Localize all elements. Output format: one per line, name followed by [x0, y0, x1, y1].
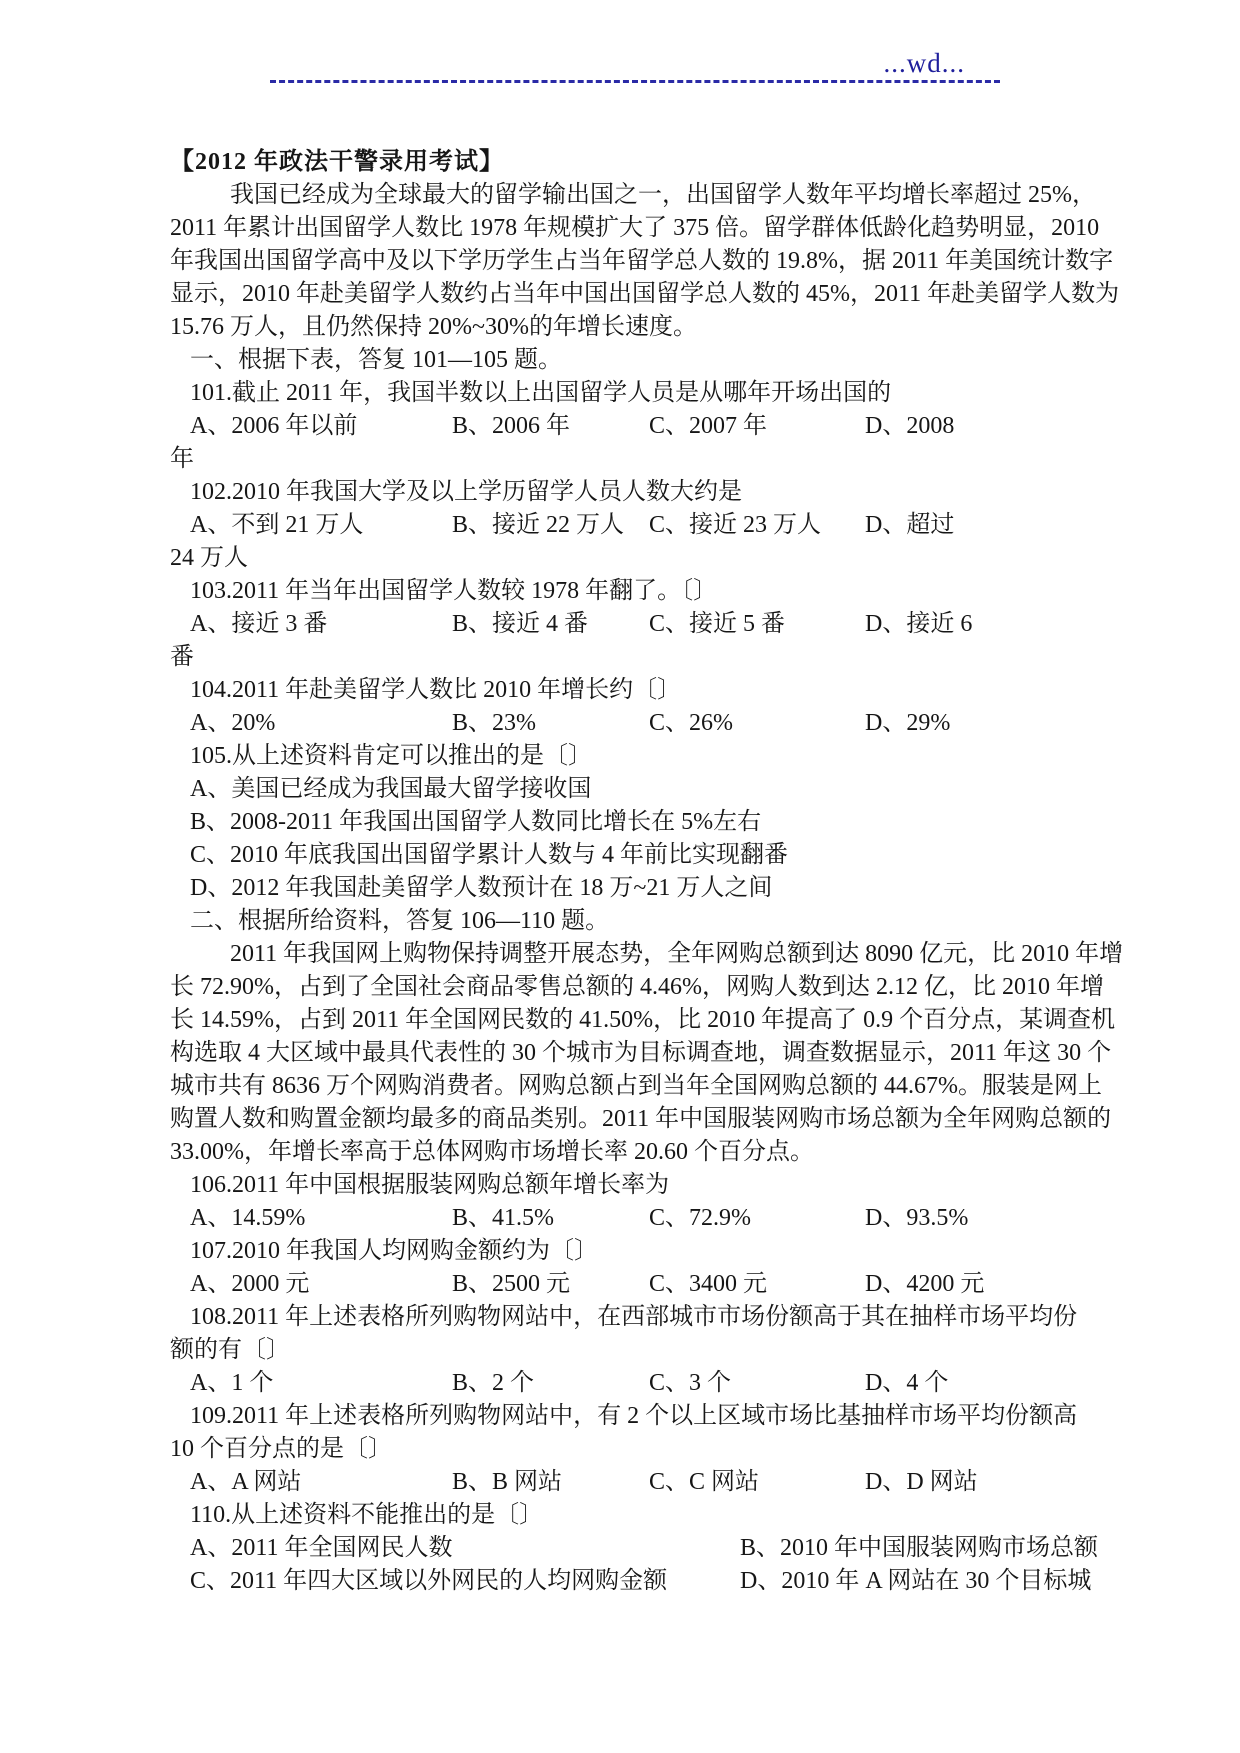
para1-line1: 我国已经成为全球最大的留学输出国之一，出国留学人数年平均增长率超过 25%， [170, 179, 1076, 212]
options-108-col-1: B、2 个 [452, 1367, 649, 1400]
options-103: A、接近 3 番B、接近 4 番C、接近 5 番D、接近 6 [170, 608, 1076, 641]
options-107-col-2: C、3400 元 [649, 1268, 865, 1301]
options-107: A、2000 元B、2500 元C、3400 元D、4200 元 [170, 1268, 1076, 1301]
options-110-cd-col-0: C、2011 年四大区域以外网民的人均网购金额 [190, 1565, 740, 1598]
options-106-col-2: C、72.9% [649, 1202, 865, 1235]
options-101-col-3: D、2008 [865, 410, 1076, 443]
options-110-ab-col-0: A、2011 年全国网民人数 [190, 1532, 740, 1565]
question-101: 101.截止 2011 年，我国半数以上出国留学人员是从哪年开场出国的 [170, 377, 1076, 410]
options-103-continuation: 番 [170, 641, 1076, 674]
options-108-col-2: C、3 个 [649, 1367, 865, 1400]
options-102-col-3: D、超过 [865, 509, 1076, 542]
options-110-cd: C、2011 年四大区域以外网民的人均网购金额D、2010 年 A 网站在 30… [170, 1565, 1076, 1598]
option-105-d: D、2012 年我国赴美留学人数预计在 18 万~21 万人之间 [170, 872, 1076, 905]
para1-line3: 年我国出国留学高中及以下学历学生占当年留学总人数的 19.8%，据 2011 年… [170, 245, 1076, 278]
options-109: A、A 网站B、B 网站C、C 网站D、D 网站 [170, 1466, 1076, 1499]
para2-line7: 33.00%，年增长率高于总体网购市场增长率 20.60 个百分点。 [170, 1136, 1076, 1169]
options-103-col-1: B、接近 4 番 [452, 608, 649, 641]
para2-line5: 城市共有 8636 万个网购消费者。网购总额占到当年全国网购总额的 44.67%… [170, 1070, 1076, 1103]
options-101-col-1: B、2006 年 [452, 410, 649, 443]
options-102-continuation: 24 万人 [170, 542, 1076, 575]
question-104: 104.2011 年赴美留学人数比 2010 年增长约〔〕 [170, 674, 1076, 707]
options-109-col-2: C、C 网站 [649, 1466, 865, 1499]
para2-line4: 构选取 4 大区域中最具代表性的 30 个城市为目标调查地，调查数据显示，201… [170, 1037, 1076, 1070]
options-102-col-2: C、接近 23 万人 [649, 509, 865, 542]
question-109: 109.2011 年上述表格所列购物网站中，有 2 个以上区域市场比基抽样市场平… [170, 1400, 1076, 1433]
options-109-col-1: B、B 网站 [452, 1466, 649, 1499]
options-104-col-3: D、29% [865, 707, 1076, 740]
question-109-continuation: 10 个百分点的是〔〕 [170, 1433, 1076, 1466]
question-108-continuation: 额的有〔〕 [170, 1334, 1076, 1367]
question-102: 102.2010 年我国大学及以上学历留学人员人数大约是 [170, 476, 1076, 509]
options-110-ab: A、2011 年全国网民人数B、2010 年中国服装网购市场总额 [170, 1532, 1076, 1565]
options-110-ab-col-1: B、2010 年中国服装网购市场总额 [740, 1532, 1098, 1565]
para1-line2: 2011 年累计出国留学人数比 1978 年规模扩大了 375 倍。留学群体低龄… [170, 212, 1076, 245]
options-103-col-3: D、接近 6 [865, 608, 1076, 641]
para2-line3: 长 14.59%，占到 2011 年全国网民数的 41.50%，比 2010 年… [170, 1004, 1076, 1037]
options-103-col-0: A、接近 3 番 [190, 608, 452, 641]
options-107-col-3: D、4200 元 [865, 1268, 1076, 1301]
options-102: A、不到 21 万人B、接近 22 万人C、接近 23 万人D、超过 [170, 509, 1076, 542]
options-110-cd-col-1: D、2010 年 A 网站在 30 个目标城 [740, 1565, 1091, 1598]
para2-line2: 长 72.90%，占到了全国社会商品零售总额的 4.46%，网购人数到达 2.1… [170, 971, 1076, 1004]
options-108-col-0: A、1 个 [190, 1367, 452, 1400]
document-page: ...wd... 【2012 年政法干警录用考试】我国已经成为全球最大的留学输出… [0, 0, 1240, 1753]
options-103-col-2: C、接近 5 番 [649, 608, 865, 641]
options-108-col-3: D、4 个 [865, 1367, 1076, 1400]
question-110: 110.从上述资料不能推出的是〔〕 [170, 1499, 1076, 1532]
options-106-col-1: B、41.5% [452, 1202, 649, 1235]
options-109-col-3: D、D 网站 [865, 1466, 1076, 1499]
question-107: 107.2010 年我国人均网购金额约为〔〕 [170, 1235, 1076, 1268]
option-105-a: A、美国已经成为我国最大留学接收国 [170, 773, 1076, 806]
options-101-continuation: 年 [170, 443, 1076, 476]
options-108: A、1 个B、2 个C、3 个D、4 个 [170, 1367, 1076, 1400]
options-101: A、2006 年以前B、2006 年C、2007 年D、2008 [170, 410, 1076, 443]
question-108: 108.2011 年上述表格所列购物网站中，在西部城市市场份额高于其在抽样市场平… [170, 1301, 1076, 1334]
question-103: 103.2011 年当年出国留学人数较 1978 年翻了。〔〕 [170, 575, 1076, 608]
document-body: 【2012 年政法干警录用考试】我国已经成为全球最大的留学输出国之一，出国留学人… [170, 146, 1076, 1598]
options-106-col-3: D、93.5% [865, 1202, 1076, 1235]
options-104: A、20%B、23%C、26%D、29% [170, 707, 1076, 740]
options-106: A、14.59%B、41.5%C、72.9%D、93.5% [170, 1202, 1076, 1235]
options-104-col-0: A、20% [190, 707, 452, 740]
option-105-c: C、2010 年底我国出国留学累计人数与 4 年前比实现翻番 [170, 839, 1076, 872]
options-101-col-2: C、2007 年 [649, 410, 865, 443]
para1-line4: 显示，2010 年赴美留学人数约占当年中国出国留学总人数的 45%，2011 年… [170, 278, 1076, 311]
options-104-col-1: B、23% [452, 707, 649, 740]
para2-line6: 购置人数和购置金额均最多的商品类别。2011 年中国服装网购市场总额为全年网购总… [170, 1103, 1076, 1136]
options-107-col-0: A、2000 元 [190, 1268, 452, 1301]
options-104-col-2: C、26% [649, 707, 865, 740]
exam-title: 【2012 年政法干警录用考试】 [170, 146, 1076, 179]
section-2-heading: 二、根据所给资料，答复 106—110 题。 [170, 905, 1076, 938]
options-107-col-1: B、2500 元 [452, 1268, 649, 1301]
options-102-col-1: B、接近 22 万人 [452, 509, 649, 542]
watermark-text: ...wd... [884, 48, 966, 79]
para1-line5: 15.76 万人，且仍然保持 20%~30%的年增长速度。 [170, 311, 1076, 344]
question-106: 106.2011 年中国根据服装网购总额年增长率为 [170, 1169, 1076, 1202]
section-1-heading: 一、根据下表，答复 101—105 题。 [170, 344, 1076, 377]
options-109-col-0: A、A 网站 [190, 1466, 452, 1499]
options-106-col-0: A、14.59% [190, 1202, 452, 1235]
options-101-col-0: A、2006 年以前 [190, 410, 452, 443]
options-102-col-0: A、不到 21 万人 [190, 509, 452, 542]
header-divider [270, 80, 1000, 83]
option-105-b: B、2008-2011 年我国出国留学人数同比增长在 5%左右 [170, 806, 1076, 839]
question-105: 105.从上述资料肯定可以推出的是〔〕 [170, 740, 1076, 773]
para2-line1: 2011 年我国网上购物保持调整开展态势，全年网购总额到达 8090 亿元，比 … [170, 938, 1076, 971]
